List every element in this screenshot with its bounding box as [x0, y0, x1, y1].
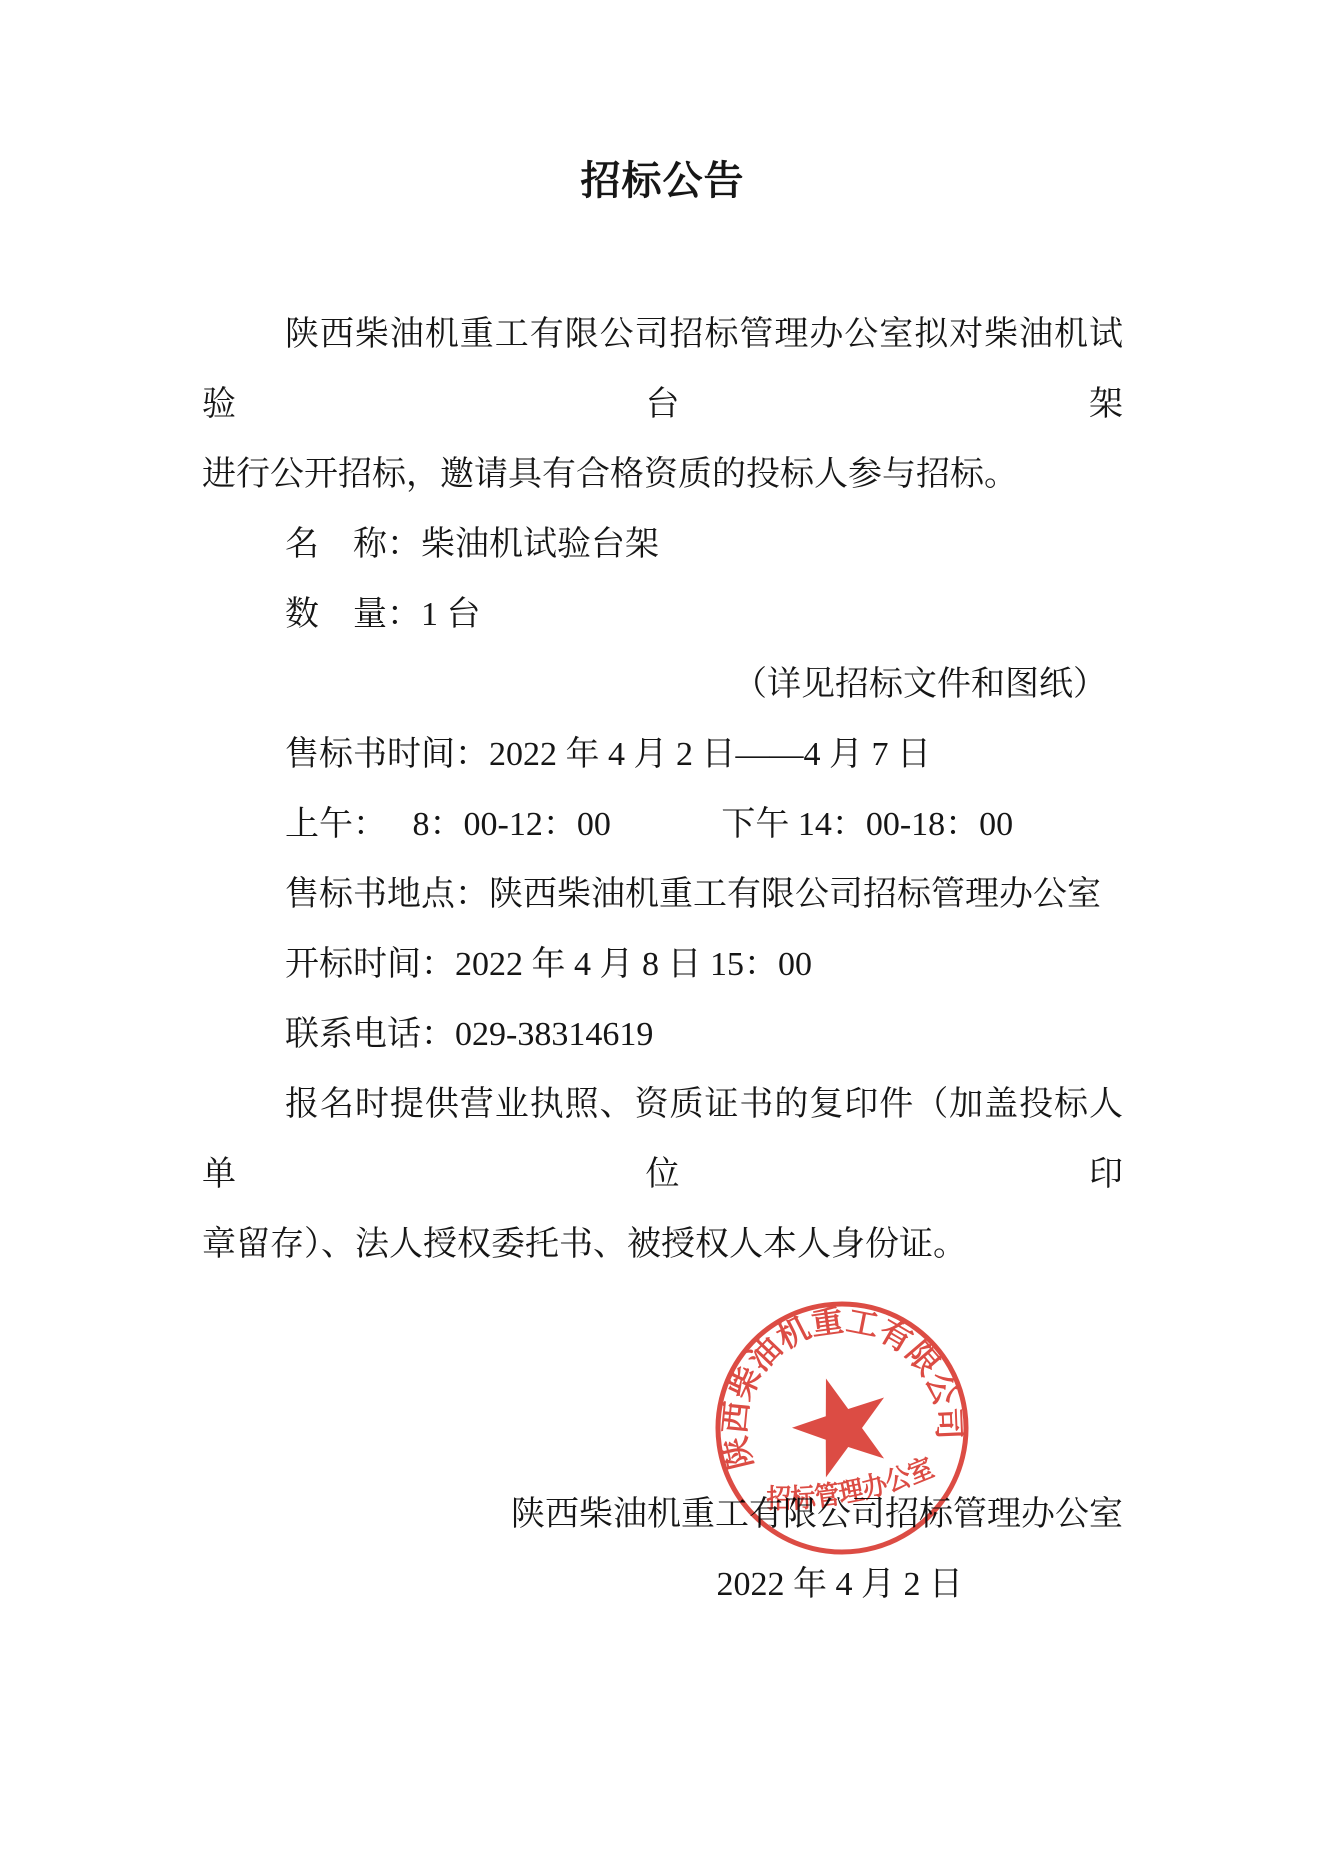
document-body: 陕西柴油机重工有限公司招标管理办公室拟对柴油机试验台架 进行公开招标，邀请具有合…	[202, 300, 1123, 1620]
intro-line-2: 进行公开招标，邀请具有合格资质的投标人参与招标。	[202, 440, 1123, 510]
document-title: 招标公告	[202, 158, 1123, 204]
hours-line: 上午： 8：00-12：00 下午 14：00-18：00	[202, 790, 1123, 860]
phone-line: 联系电话：029-38314619	[202, 1000, 1123, 1070]
document-content: 招标公告 陕西柴油机重工有限公司招标管理办公室拟对柴油机试验台架 进行公开招标，…	[202, 0, 1123, 1620]
intro-line-1: 陕西柴油机重工有限公司招标管理办公室拟对柴油机试验台架	[202, 300, 1123, 440]
signature-date: 2022 年 4 月 2 日	[202, 1550, 1123, 1620]
quantity-line: 数 量：1 台	[202, 580, 1123, 650]
detail-note-line: （详见招标文件和图纸）	[202, 650, 1123, 720]
registration-line-1: 报名时提供营业执照、资质证书的复印件（加盖投标人单位印	[202, 1070, 1123, 1210]
open-time-line: 开标时间：2022 年 4 月 8 日 15：00	[202, 930, 1123, 1000]
document-page: 招标公告 陕西柴油机重工有限公司招标管理办公室拟对柴油机试验台架 进行公开招标，…	[0, 0, 1323, 1871]
signature-organization: 陕西柴油机重工有限公司招标管理办公室	[202, 1480, 1123, 1550]
sale-place-line: 售标书地点：陕西柴油机重工有限公司招标管理办公室	[202, 860, 1123, 930]
sale-time-line: 售标书时间：2022 年 4 月 2 日——4 月 7 日	[202, 720, 1123, 790]
item-name-line: 名 称：柴油机试验台架	[202, 510, 1123, 580]
registration-line-2: 章留存）、法人授权委托书、被授权人本人身份证。	[202, 1210, 1123, 1280]
